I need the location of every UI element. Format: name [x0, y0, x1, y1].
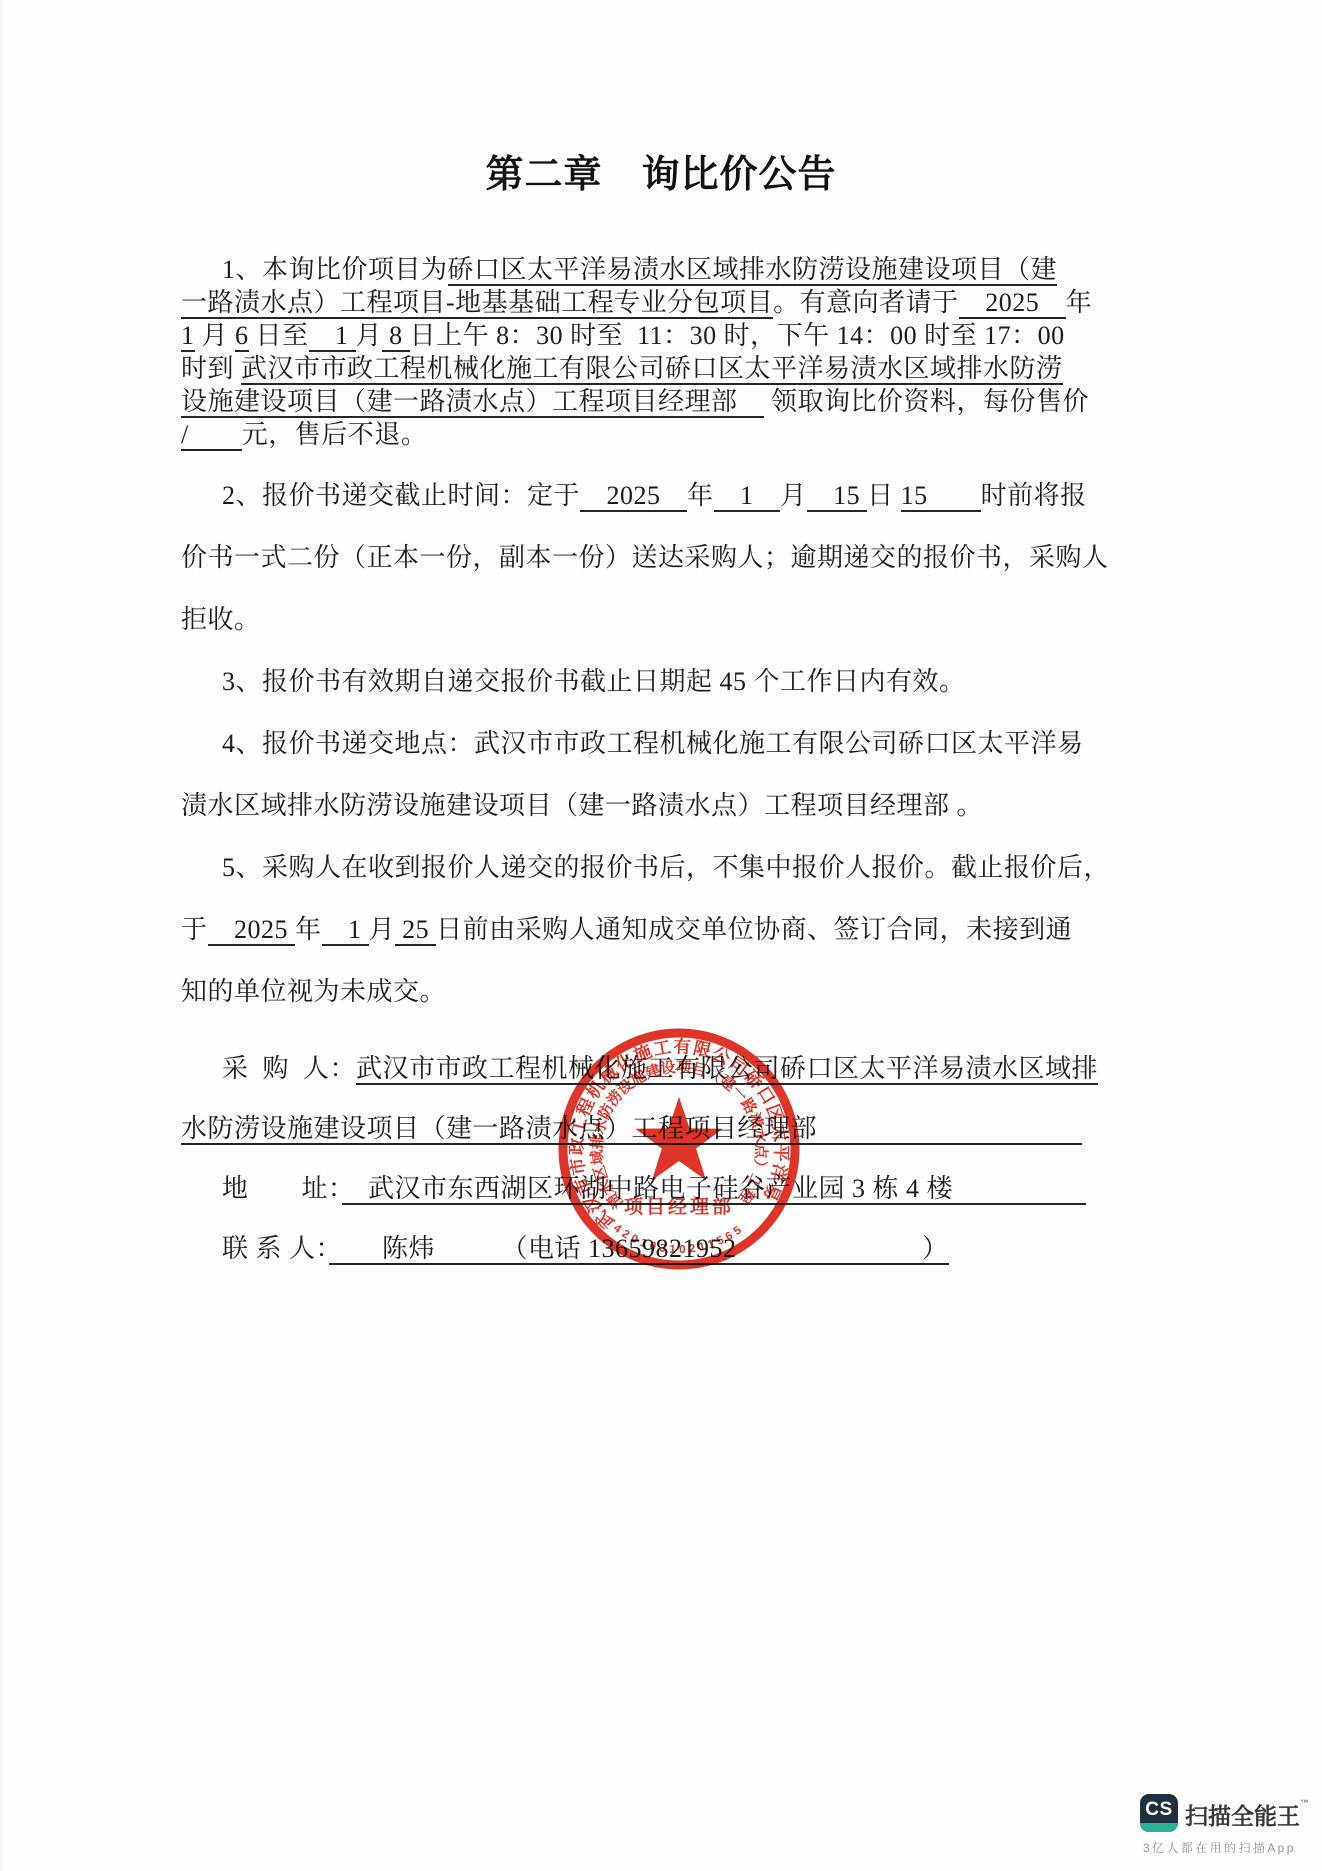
text-segment: 拒收。 — [181, 605, 261, 634]
text-segment: 日至 — [249, 321, 309, 350]
text-line: 知的单位视为未成交。 — [181, 961, 1141, 1023]
stamp-center-text: 项目经理部 — [624, 1195, 734, 1218]
underlined-text: 8 — [382, 321, 410, 352]
text-line: 5、采购人在收到报价人递交的报价书后，不集中报价人报价。截止报价后， — [181, 837, 1141, 899]
text-segment: 年 — [1066, 288, 1093, 317]
page-title: 第二章 询比价公告 — [181, 150, 1141, 200]
star-icon — [635, 1097, 722, 1180]
text-segment: 月 — [369, 915, 396, 944]
underlined-text: 一路渍水点）工程项目-地基基础工程专业分包项目 — [181, 288, 773, 319]
text-segment: 日上午 8：30 时至 11：30 时，下午 14：00 时至 17：00 — [410, 321, 1065, 350]
text-segment: 3、报价书有效期自递交报价书截止日期起 45 个工作日内有效。 — [222, 667, 966, 696]
underlined-text: 15 — [901, 481, 981, 512]
text-line: 拒收。 — [181, 589, 1141, 651]
text-segment: 元，售后不退。 — [242, 420, 428, 449]
text-line: 1 月 6 日至 1 月 8 日上午 8：30 时至 11：30 时，下午 14… — [181, 319, 1141, 352]
underlined-text: / — [181, 420, 242, 451]
text-line: 设施建设项目（建一路渍水点）工程项目经理部 领取询比价资料，每份售价 — [181, 385, 1141, 418]
text-line: / 元，售后不退。 — [181, 418, 1141, 451]
clause-2: 2、报价书递交截止时间：定于 2025 年 1 月 15 日 15 时前将报价书… — [181, 465, 1141, 651]
cs-icon-strip — [1140, 1823, 1178, 1832]
text-line: 1、本询比价项目为硚口区太平洋易渍水区域排水防涝设施建设项目（建 — [181, 253, 1141, 286]
underlined-text: 6 — [235, 321, 249, 352]
text-segment: 日 — [867, 481, 901, 510]
text-line: 4、报价书递交地点：武汉市市政工程机械化施工有限公司硚口区太平洋易 — [181, 713, 1141, 775]
clause-1: 1、本询比价项目为硚口区太平洋易渍水区域排水防涝设施建设项目（建一路渍水点）工程… — [181, 253, 1141, 451]
underlined-text: 武汉市市政工程机械化施工有限公司硚口区太平洋易渍水区域排水防涝 — [241, 354, 1063, 385]
text-segment: 联 系 人： — [222, 1234, 329, 1263]
text-segment: 。有意向者请于 — [773, 288, 959, 317]
text-segment: 1、本询比价项目为 — [222, 255, 448, 284]
scanned-page: 第二章 询比价公告 1、本询比价项目为硚口区太平洋易渍水区域排水防涝设施建设项目… — [0, 0, 1322, 1871]
text-segment: 月 — [780, 481, 807, 510]
text-segment: 时到 — [181, 354, 241, 383]
camscanner-title: 扫描全能王™ — [1185, 1798, 1309, 1831]
text-segment: 时前将报 — [981, 481, 1087, 510]
text-line: 时到 武汉市市政工程机械化施工有限公司硚口区太平洋易渍水区域排水防涝 — [181, 352, 1141, 385]
underlined-text: 15 — [807, 481, 868, 512]
underlined-text: 1 — [714, 481, 781, 512]
text-segment: 4、报价书递交地点：武汉市市政工程机械化施工有限公司硚口区太平洋易 — [222, 729, 1084, 758]
text-segment: 采 购 人： — [222, 1054, 356, 1083]
text-segment: 年 — [295, 915, 322, 944]
camscanner-subtitle: 3亿人都在用的扫描App — [1143, 1839, 1296, 1856]
clause-3: 3、报价书有效期自递交报价书截止日期起 45 个工作日内有效。 — [181, 651, 1141, 713]
clause-5: 5、采购人在收到报价人递交的报价书后，不集中报价人报价。截止报价后，于 2025… — [181, 837, 1141, 1023]
text-line: 3、报价书有效期自递交报价书截止日期起 45 个工作日内有效。 — [181, 651, 1141, 713]
underlined-text: 2025 — [208, 915, 296, 946]
underlined-text: 1 — [309, 321, 356, 352]
text-segment: 于 — [181, 915, 208, 944]
clause-4: 4、报价书递交地点：武汉市市政工程机械化施工有限公司硚口区太平洋易渍水区域排水防… — [181, 713, 1141, 837]
text-segment: 领取询比价资料，每份售价 — [764, 387, 1089, 416]
text-segment: 月 — [356, 321, 383, 350]
text-segment: 年 — [687, 481, 714, 510]
trademark-symbol: ™ — [1300, 1798, 1309, 1808]
underlined-text: 硚口区太平洋易渍水区域排水防涝设施建设项目（建 — [448, 255, 1058, 286]
text-segment: 2、报价书递交截止时间：定于 — [222, 481, 580, 510]
text-line: 渍水区域排水防涝设施建设项目（建一路渍水点）工程项目经理部 。 — [181, 775, 1141, 837]
text-line: 一路渍水点）工程项目-地基基础工程专业分包项目。有意向者请于 2025 年 — [181, 286, 1141, 319]
text-segment: 知的单位视为未成交。 — [181, 977, 446, 1006]
text-line: 价书一式二份（正本一份，副本一份）送达采购人；逾期递交的报价书，采购人 — [181, 527, 1141, 589]
text-segment: 地 址： — [222, 1174, 342, 1203]
text-segment: 日前由采购人通知成交单位协商、签订合同，未接到通 — [436, 915, 1072, 944]
text-segment: 渍水区域排水防涝设施建设项目（建一路渍水点）工程项目经理部 。 — [181, 791, 983, 820]
cs-letters: CS — [1145, 1799, 1172, 1821]
underlined-text: 设施建设项目（建一路渍水点）工程项目经理部 — [181, 387, 764, 418]
underlined-text: 2025 — [580, 481, 687, 512]
underlined-text: 2025 — [959, 288, 1066, 319]
company-seal-stamp: 武汉市市政工程机械化施工有限公司硚口区太平洋易 渍水区域排水防涝设施建设项目（建… — [553, 1023, 805, 1275]
text-line: 于 2025 年 1 月 25 日前由采购人通知成交单位协商、签订合同，未接到通 — [181, 899, 1141, 961]
text-segment: 5、采购人在收到报价人递交的报价书后，不集中报价人报价。截止报价后， — [222, 853, 1110, 882]
underlined-text: 1 — [181, 321, 195, 352]
underlined-text: 1 — [322, 915, 369, 946]
camscanner-app-icon: CS — [1140, 1794, 1178, 1832]
text-segment: 价书一式二份（正本一份，副本一份）送达采购人；逾期递交的报价书，采购人 — [181, 543, 1109, 572]
text-line: 2、报价书递交截止时间：定于 2025 年 1 月 15 日 15 时前将报 — [181, 465, 1141, 527]
underlined-text: 25 — [395, 915, 436, 946]
text-segment: 月 — [195, 321, 236, 350]
